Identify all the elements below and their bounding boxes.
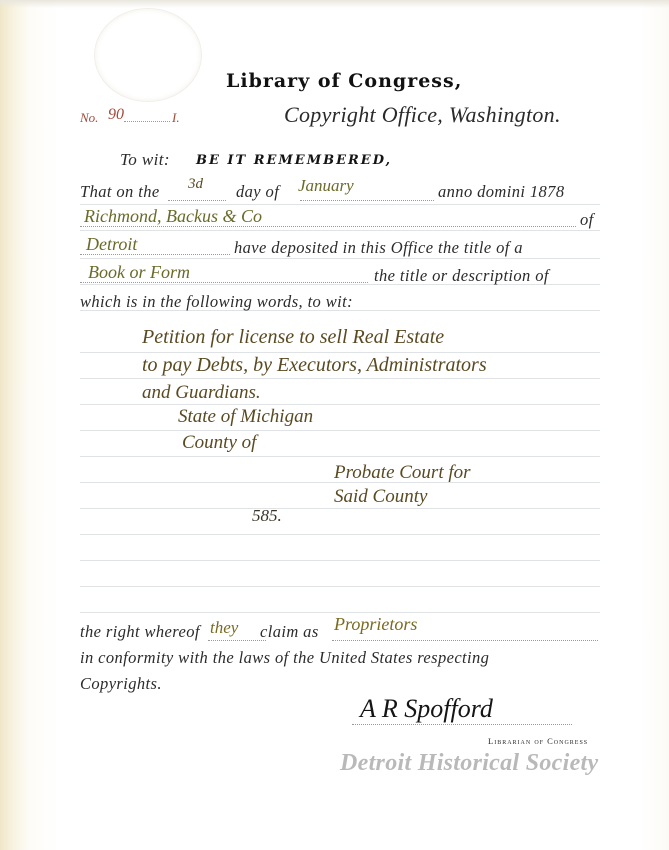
title-line-1: Petition for license to sell Real Estate <box>142 326 444 349</box>
ruled-line <box>80 230 600 231</box>
document-title: Library of Congress, <box>226 70 462 92</box>
month-value: January <box>298 176 354 196</box>
ruled-line <box>80 378 600 379</box>
document-page: Library of Congress, No. 90 I. Copyright… <box>0 0 669 850</box>
day-value: 3d <box>188 176 203 193</box>
ruled-line <box>80 258 600 259</box>
role-line <box>332 640 598 641</box>
title-line-7: Said County <box>334 486 427 508</box>
day-line <box>168 200 226 201</box>
ruled-line <box>80 352 600 353</box>
to-wit-label: To wit: <box>120 150 170 170</box>
ruled-line <box>80 508 600 509</box>
title-line-2: to pay Debts, by Executors, Administrato… <box>142 354 487 377</box>
form-number: 585. <box>252 506 282 526</box>
city-value: Detroit <box>86 234 137 255</box>
work-type-value: Book or Form <box>88 262 190 283</box>
librarian-signature: A R Spofford <box>360 694 493 724</box>
right-whereof: the right whereof <box>80 622 200 642</box>
embossed-seal <box>94 8 202 102</box>
librarian-title: Librarian of Congress <box>488 736 588 746</box>
anno-domini: anno domini 1878 <box>438 182 564 202</box>
pronoun-line <box>208 640 266 641</box>
copyrights-text: Copyrights. <box>80 674 162 694</box>
ruled-line <box>80 534 600 535</box>
title-line-6: Probate Court for <box>334 462 471 484</box>
ruled-line <box>80 586 600 587</box>
title-line-3: and Guardians. <box>142 382 261 404</box>
ruled-line <box>80 456 600 457</box>
conformity-text: in conformity with the laws of the Unite… <box>80 648 489 668</box>
ruled-line <box>80 204 600 205</box>
ruled-line <box>80 560 600 561</box>
document-subtitle: Copyright Office, Washington. <box>284 102 561 128</box>
scan-edge-shadow <box>0 0 669 8</box>
detroit-historical-society-watermark: Detroit Historical Society <box>340 750 598 777</box>
line1-prefix: That on the <box>80 182 160 202</box>
record-number-line <box>124 121 170 122</box>
title-line-5: County of <box>182 432 256 454</box>
record-number-label: No. <box>80 110 98 126</box>
record-series: I. <box>172 110 180 126</box>
deposited-text: have deposited in this Office the title … <box>234 238 523 258</box>
be-it-remembered: BE IT REMEMBERED, <box>196 153 392 168</box>
ruled-line <box>80 430 600 431</box>
claimant-value: Richmond, Backus & Co <box>84 206 262 227</box>
signature-line <box>352 724 572 725</box>
record-number-value: 90 <box>108 106 124 124</box>
claim-role: Proprietors <box>334 614 417 635</box>
of-label: of <box>580 210 594 230</box>
claimant-pronoun: they <box>210 618 238 638</box>
ruled-line <box>80 404 600 405</box>
month-line <box>300 200 434 201</box>
title-line-4: State of Michigan <box>178 406 313 428</box>
day-of-label: day of <box>236 182 279 202</box>
claim-as: claim as <box>260 622 319 642</box>
title-desc-text: the title or description of <box>374 266 549 286</box>
ruled-line <box>80 612 600 613</box>
following-words: which is in the following words, to wit: <box>80 292 353 312</box>
